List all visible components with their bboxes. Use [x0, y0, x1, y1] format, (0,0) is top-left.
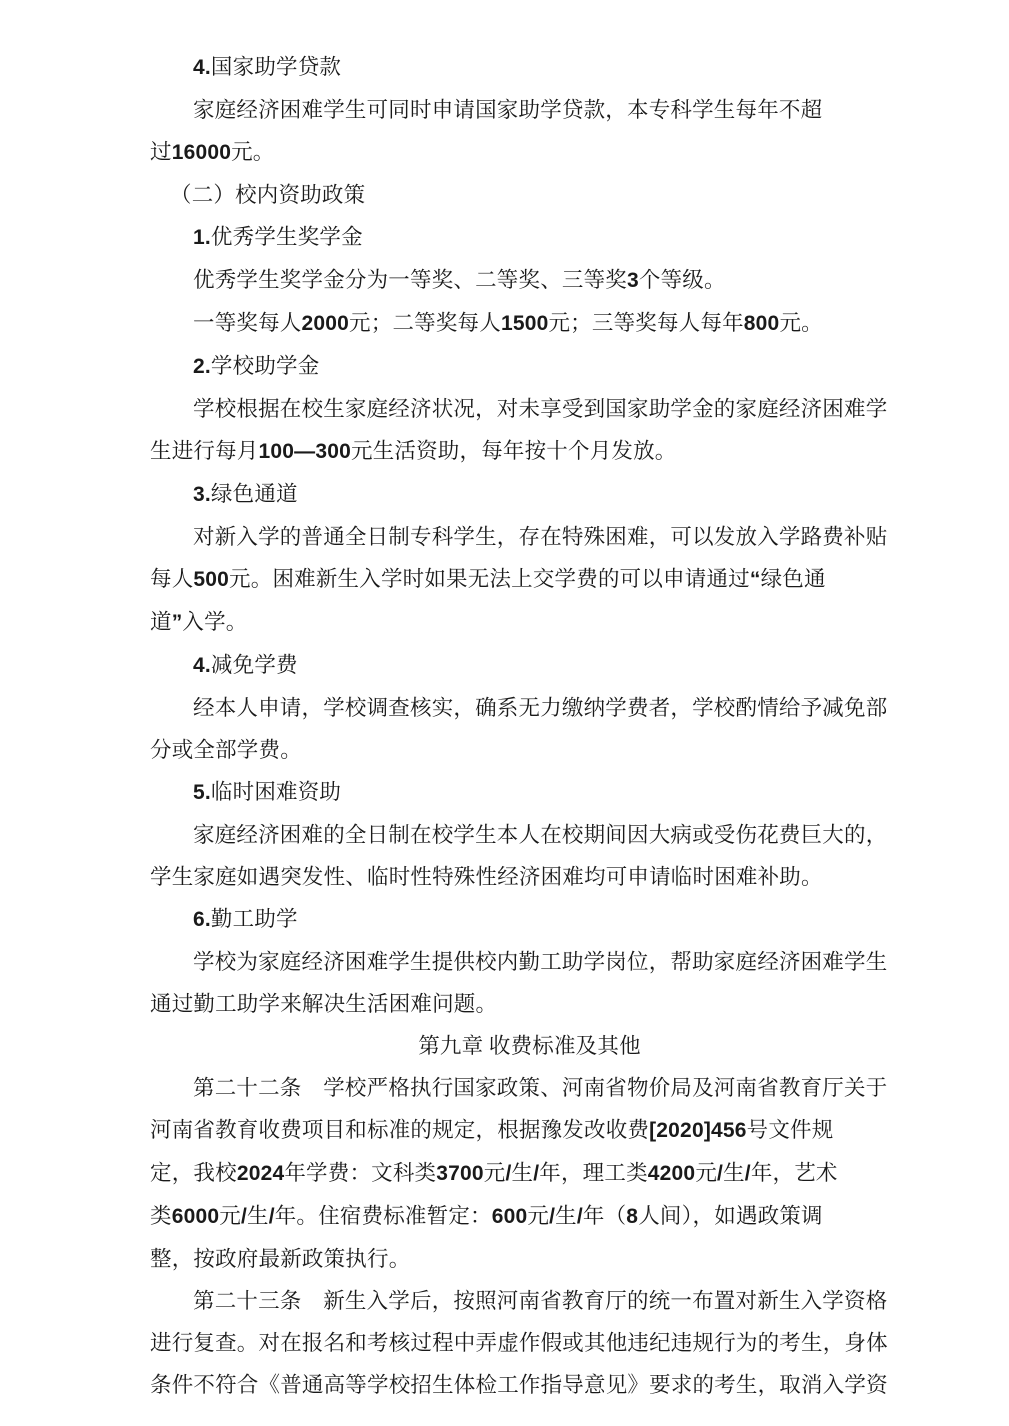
- text-run: 勤工助学: [211, 907, 298, 931]
- bold-figure-run: [2020]456: [649, 1119, 747, 1142]
- text-line: 进行复查。对在报名和考核过程中弄虚作假或其他违纪违规行为的考生，身体: [150, 1322, 909, 1364]
- text-line: 1.优秀学生奖学金: [150, 216, 909, 259]
- text-run: 元。: [779, 311, 822, 335]
- text-line: 经本人申请，学校调查核实，确系无力缴纳学费者，学校酌情给予减免部: [150, 687, 909, 729]
- bold-figure-run: ”: [172, 611, 183, 634]
- text-run: 元；三等奖每人每年: [548, 311, 743, 335]
- text-line: 第二十二条 学校严格执行国家政策、河南省物价局及河南省教育厅关于: [150, 1067, 909, 1109]
- text-run: 元生活资助，每年按十个月发放。: [351, 439, 677, 463]
- bold-figure-run: 2024: [237, 1162, 285, 1185]
- text-line: 学校根据在校生家庭经济状况，对未享受到国家助学金的家庭经济困难学: [150, 388, 909, 430]
- text-run: 第九章 收费标准及其他: [418, 1034, 641, 1058]
- text-run: 第二十三条 新生入学后，按照河南省教育厅的统一布置对新生入学资格: [193, 1289, 887, 1313]
- text-line: 一等奖每人2000元；二等奖每人1500元；三等奖每人每年800元。: [150, 302, 909, 345]
- text-run: 年，艺术: [751, 1161, 838, 1185]
- bold-figure-run: “: [750, 568, 761, 591]
- text-line: 家庭经济困难的全日制在校学生本人在校期间因大病或受伤花费巨大的，: [150, 814, 909, 856]
- bold-figure-run: 3: [627, 269, 639, 292]
- text-run: 生进行每月: [150, 439, 259, 463]
- bold-figure-run: 5.: [193, 781, 211, 804]
- text-line: 过16000元。: [150, 131, 909, 174]
- bold-figure-run: 2.: [193, 355, 211, 378]
- text-run: 元: [219, 1204, 241, 1228]
- text-line: 分或全部学费。: [150, 729, 909, 771]
- text-run: 每人: [150, 567, 193, 591]
- text-run: 个等级。: [639, 268, 726, 292]
- text-run: 第二十二条 学校严格执行国家政策、河南省物价局及河南省教育厅关于: [193, 1076, 887, 1100]
- text-run: 元: [527, 1204, 549, 1228]
- text-run: 分或全部学费。: [150, 738, 302, 762]
- text-run: 生: [512, 1161, 534, 1185]
- text-run: 绿色通: [761, 567, 826, 591]
- text-run: 学生家庭如遇突发性、临时性特殊性经济困难均可申请临时困难补助。: [150, 865, 823, 889]
- text-line: 5.临时困难资助: [150, 771, 909, 814]
- text-run: 生: [247, 1204, 269, 1228]
- text-line: 生进行每月100—300元生活资助，每年按十个月发放。: [150, 430, 909, 473]
- bold-figure-run: 1500: [501, 312, 549, 335]
- text-line: （二）校内资助政策: [150, 174, 909, 216]
- text-run: 对新入学的普通全日制专科学生，存在特殊困难，可以发放入学路费补贴: [193, 525, 887, 549]
- text-run: 整，按政府最新政策执行。: [150, 1247, 410, 1271]
- text-run: 年学费：文科类: [284, 1161, 436, 1185]
- text-run: 临时困难资助: [211, 780, 341, 804]
- text-run: 优秀学生奖学金: [211, 225, 363, 249]
- text-run: 优秀学生奖学金分为一等奖、二等奖、三等奖: [193, 268, 627, 292]
- text-run: 经本人申请，学校调查核实，确系无力缴纳学费者，学校酌情给予减免部: [193, 696, 887, 720]
- bold-figure-run: 8: [626, 1205, 638, 1228]
- text-run: 通过勤工助学来解决生活困难问题。: [150, 992, 497, 1016]
- text-run: 元。: [231, 140, 274, 164]
- text-run: 生: [555, 1204, 577, 1228]
- text-run: 入学。: [182, 610, 247, 634]
- bold-figure-run: 6000: [172, 1205, 220, 1228]
- text-run: 生: [723, 1161, 745, 1185]
- text-run: 学校助学金: [211, 354, 320, 378]
- text-run: 减免学费: [211, 653, 298, 677]
- document-page: 4.国家助学贷款家庭经济困难学生可同时申请国家助学贷款，本专科学生每年不超过16…: [0, 0, 1009, 1426]
- text-run: 国家助学贷款: [211, 55, 341, 79]
- bold-figure-run: 3.: [193, 483, 211, 506]
- text-run: 学校根据在校生家庭经济状况，对未享受到国家助学金的家庭经济困难学: [193, 397, 887, 421]
- bold-figure-run: 2000: [302, 312, 350, 335]
- text-run: 进行复查。对在报名和考核过程中弄虚作假或其他违纪违规行为的考生，身体: [150, 1331, 888, 1355]
- text-run: 人间），如遇政策调: [638, 1204, 823, 1228]
- text-run: 年。住宿费标准暂定：: [275, 1204, 492, 1228]
- bold-figure-run: 3700: [436, 1162, 484, 1185]
- text-line: 第二十三条 新生入学后，按照河南省教育厅的统一布置对新生入学资格: [150, 1280, 909, 1322]
- text-line: 整，按政府最新政策执行。: [150, 1238, 909, 1280]
- text-run: 河南省教育收费项目和标准的规定，根据豫发改收费: [150, 1118, 649, 1142]
- text-run: （二）校内资助政策: [170, 183, 365, 207]
- text-run: 学校为家庭经济困难学生提供校内勤工助学岗位，帮助家庭经济困难学生: [193, 950, 887, 974]
- text-line: 4.国家助学贷款: [150, 46, 909, 89]
- text-line: 4.减免学费: [150, 644, 909, 687]
- text-run: 元。困难新生入学时如果无法上交学费的可以申请通过: [229, 567, 750, 591]
- text-run: 条件不符合《普通高等学校招生体检工作指导意见》要求的考生，取消入学资: [150, 1373, 888, 1397]
- bold-figure-run: 4200: [648, 1162, 696, 1185]
- text-line: 道”入学。: [150, 601, 909, 644]
- text-run: 号文件规: [747, 1118, 834, 1142]
- text-run: 元: [484, 1161, 506, 1185]
- text-run: 一等奖每人: [193, 311, 302, 335]
- text-run: 类: [150, 1204, 172, 1228]
- text-line: 2.学校助学金: [150, 345, 909, 388]
- text-run: 元；二等奖每人: [349, 311, 501, 335]
- bold-figure-run: 4.: [193, 56, 211, 79]
- document-body: 4.国家助学贷款家庭经济困难学生可同时申请国家助学贷款，本专科学生每年不超过16…: [0, 0, 1009, 1406]
- text-run: 道: [150, 610, 172, 634]
- text-line: 6.勤工助学: [150, 898, 909, 941]
- text-run: 过: [150, 140, 172, 164]
- text-run: 家庭经济困难的全日制在校学生本人在校期间因大病或受伤花费巨大的，: [193, 823, 887, 847]
- text-line: 对新入学的普通全日制专科学生，存在特殊困难，可以发放入学路费补贴: [150, 516, 909, 558]
- text-run: 绿色通道: [211, 482, 298, 506]
- text-line: 每人500元。困难新生入学时如果无法上交学费的可以申请通过“绿色通: [150, 558, 909, 601]
- bold-figure-run: 600: [492, 1205, 528, 1228]
- text-line: 学校为家庭经济困难学生提供校内勤工助学岗位，帮助家庭经济困难学生: [150, 941, 909, 983]
- text-line: 家庭经济困难学生可同时申请国家助学贷款，本专科学生每年不超: [150, 89, 909, 131]
- text-run: 元: [695, 1161, 717, 1185]
- text-run: 年，理工类: [539, 1161, 648, 1185]
- text-line: 3.绿色通道: [150, 473, 909, 516]
- text-line: 类6000元/生/年。住宿费标准暂定：600元/生/年（8人间），如遇政策调: [150, 1195, 909, 1238]
- chapter-heading: 第九章 收费标准及其他: [150, 1025, 909, 1067]
- text-line: 优秀学生奖学金分为一等奖、二等奖、三等奖3个等级。: [150, 259, 909, 302]
- text-line: 定，我校2024年学费：文科类3700元/生/年，理工类4200元/生/年，艺术: [150, 1152, 909, 1195]
- bold-figure-run: 800: [744, 312, 780, 335]
- bold-figure-run: 100—300: [259, 440, 351, 463]
- text-run: 年（: [583, 1204, 626, 1228]
- text-run: 家庭经济困难学生可同时申请国家助学贷款，本专科学生每年不超: [193, 98, 822, 122]
- bold-figure-run: 6.: [193, 908, 211, 931]
- text-run: 定，我校: [150, 1161, 237, 1185]
- text-line: 学生家庭如遇突发性、临时性特殊性经济困难均可申请临时困难补助。: [150, 856, 909, 898]
- text-line: 河南省教育收费项目和标准的规定，根据豫发改收费[2020]456号文件规: [150, 1109, 909, 1152]
- bold-figure-run: 1.: [193, 226, 211, 249]
- bold-figure-run: 500: [193, 568, 229, 591]
- bold-figure-run: 4.: [193, 654, 211, 677]
- bold-figure-run: 16000: [172, 141, 231, 164]
- text-line: 通过勤工助学来解决生活困难问题。: [150, 983, 909, 1025]
- text-line: 条件不符合《普通高等学校招生体检工作指导意见》要求的考生，取消入学资: [150, 1364, 909, 1406]
